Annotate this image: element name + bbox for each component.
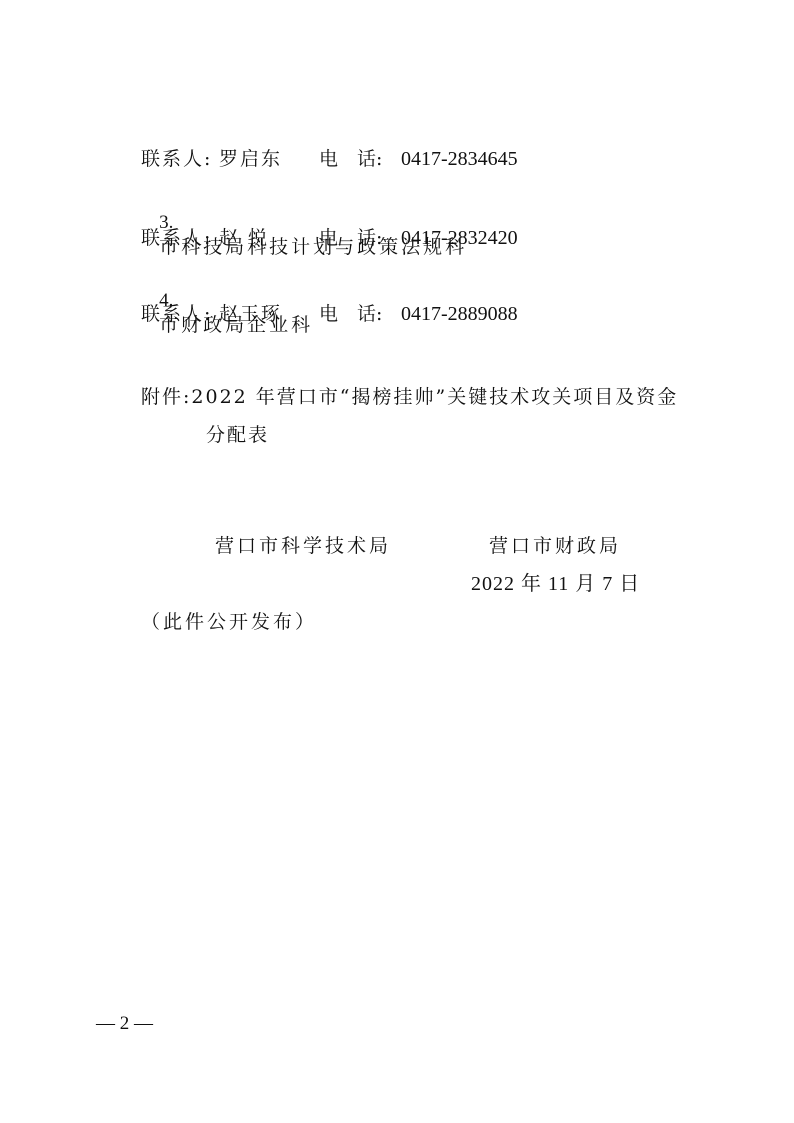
signature-finance-bureau: 营口市财政局 [489,534,621,558]
attachment-title-line2: 分配表 [141,416,701,454]
contact-row: 联系人: 赵 悦 电 话: 0417-2832420 [141,226,518,250]
contact-name: 罗启东 [219,147,319,171]
phone-label: 电 话: [319,147,401,171]
contact-row: 联系人: 赵玉琢 电 话: 0417-2889088 [141,302,518,326]
signature-science-bureau: 营口市科学技术局 [215,534,391,558]
attachment-note: 附件:2022 年营口市“揭榜挂帅”关键技术攻关项目及资金 分配表 [141,378,701,454]
issue-date: 2022 年 11 月 7 日 [471,572,640,596]
phone-label: 电 话: [319,226,401,250]
attachment-label: 附件: [141,386,191,408]
contact-label: 联系人: [141,226,219,250]
phone-label: 电 话: [319,302,401,326]
public-release-note: （此件公开发布） [141,610,317,634]
contact-label: 联系人: [141,147,219,171]
phone-number: 0417-2832420 [401,226,518,250]
page-number: — 2 — [96,1012,153,1036]
phone-number: 0417-2889088 [401,302,518,326]
phone-number: 0417-2834645 [401,147,518,171]
section-heading-4: 4. 市财政局企业科 [141,264,313,337]
contact-name: 赵 悦 [219,226,319,250]
contact-label: 联系人: [141,302,219,326]
attachment-title-line1: 2022 年营口市“揭榜挂帅”关键技术攻关项目及资金 [191,386,678,408]
contact-row: 联系人: 罗启东 电 话: 0417-2834645 [141,147,518,171]
contact-name: 赵玉琢 [219,302,319,326]
